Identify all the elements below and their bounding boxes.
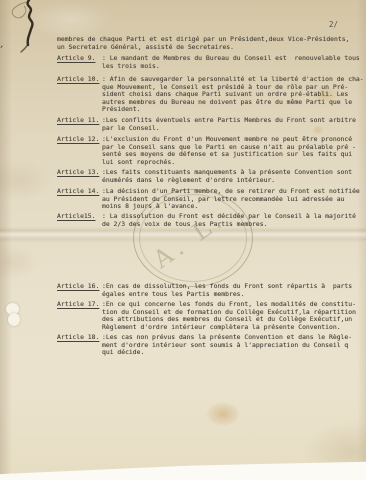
article-row-16: Article 16. :En cas de dissolution, les … (57, 283, 362, 298)
scanned-document-page: { "document": { "page_number": "2/", "in… (0, 0, 366, 480)
ink-scribble (0, 0, 70, 55)
paper-sheet: A. L. 2/ membres de chaque Parti et est … (0, 0, 366, 478)
article-label: Article 9. (57, 55, 102, 63)
article-row-17: Article 17. :En ce qui concerne les fond… (57, 301, 362, 331)
article-label: Article15. (57, 213, 102, 221)
article-text: :Les cas non prévus dans la présente Con… (102, 334, 352, 357)
article-text: :Les faits constituants manquements à la… (102, 169, 352, 184)
article-row-18: Article 18. :Les cas non prévus dans la … (57, 334, 362, 357)
article-text: :La décision d'un Parti membre, de se re… (102, 188, 360, 211)
article-label: Article 16. (57, 283, 102, 291)
article-label: Article 12. (57, 136, 102, 144)
page-number: 2/ (329, 20, 338, 29)
document-body: membres de chaque Parti et est dirigé pa… (57, 36, 362, 357)
article-row-14: Article 14. :La décision d'un Parti memb… (57, 188, 362, 211)
article-text: : La dissolution du Front est décidée pa… (102, 213, 356, 228)
article-text: :En cas de dissolution, les fonds du Fro… (102, 283, 352, 298)
article-label: Article 10. (57, 76, 102, 84)
article-row-13: Article 13. :Les faits constituants manq… (57, 169, 362, 184)
article-label: Article 14. (57, 188, 102, 196)
intro-paragraph: membres de chaque Parti et est dirigé pa… (57, 36, 362, 51)
article-text: :L'exclusion du Front d'un Mouvement mem… (102, 136, 356, 166)
article-text: :Les conflits éventuels entre Partis Mem… (102, 117, 356, 132)
article-row-12: Article 12. :L'exclusion du Front d'un M… (57, 136, 362, 166)
article-row-10: Article 10. : Afin de sauvegarder la per… (57, 76, 362, 114)
article-text: : Le mandant de Membres du Bureau du Con… (102, 55, 360, 70)
article-label: Article 13. (57, 169, 102, 177)
article-label: Article 17. (57, 301, 102, 309)
article-label: Article 18. (57, 334, 102, 342)
article-label: Article 11. (57, 117, 102, 125)
article-row-11: Article 11. :Les conflits éventuels entr… (57, 117, 362, 132)
article-text: :En ce qui concerne les fonds du Front, … (102, 301, 356, 331)
article-row-9: Article 9. : Le mandant de Membres du Bu… (57, 55, 362, 70)
article-row-15: Article15. : La dissolution du Front est… (57, 213, 362, 228)
correction-blob (8, 313, 20, 326)
article-text: : Afin de sauvegarder la personnalité et… (102, 76, 364, 114)
